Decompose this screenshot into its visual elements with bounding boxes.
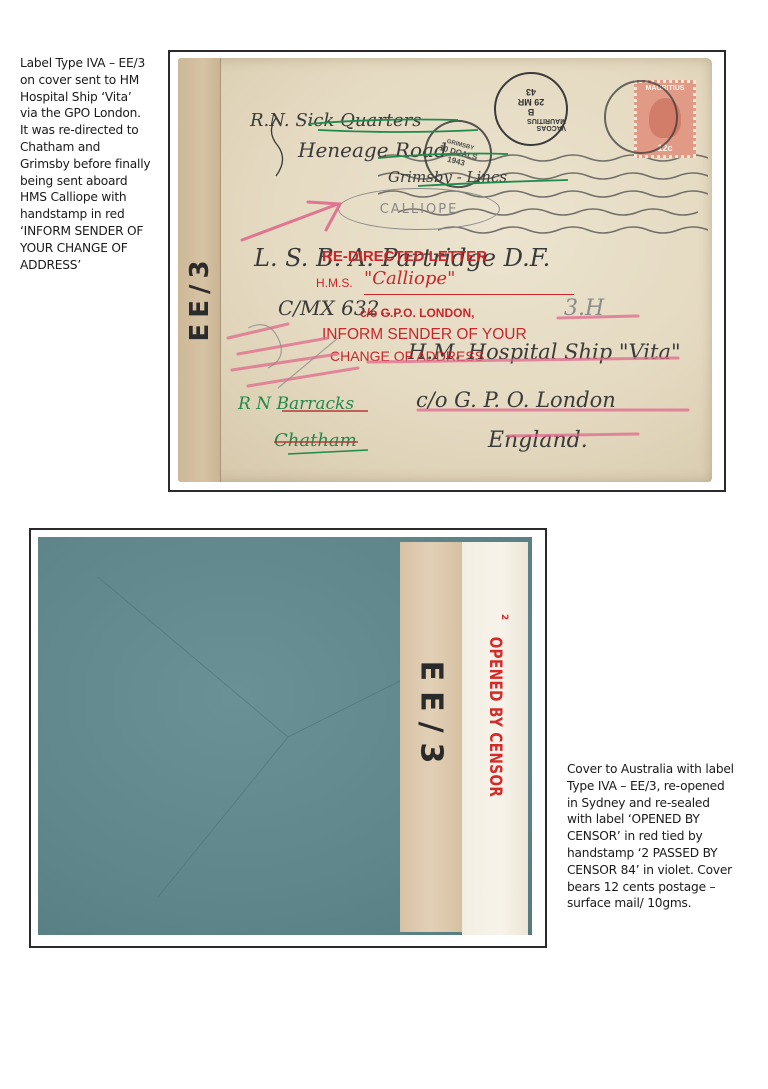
caption-line: Type IVA – EE/3, re-opened [567,778,767,795]
red-underline [364,294,574,295]
caption-line: ADDRESS’ [20,257,160,274]
green-chatham-strike [258,406,378,456]
caption-line: on cover sent to HM [20,72,160,89]
opened-by-censor-text: OPENED BY CENSOR [485,637,505,798]
postmark-on-stamp [604,80,678,154]
cover-1-envelope: EE/3 VACOAS MAURITIUS B 29 MR 43 GRIMSBY… [178,58,712,482]
caption-line: CENSOR’ in red tied by [567,828,767,845]
caption-line: bears 12 cents postage – [567,879,767,896]
censor-label-text: EE/3 [414,661,449,774]
censor-label-strip: EE/3 [178,58,221,482]
pink-arrow-icon [238,196,348,246]
caption-line: Cover to Australia with label [567,761,767,778]
caption-line: Hospital Ship ‘Vita’ [20,89,160,106]
caption-line: CENSOR 84’ in violet. Cover [567,862,767,879]
postmark-date: 29 MR [518,97,545,107]
caption-line: in Sydney and re-sealed [567,795,767,812]
reseal-number: 2 [499,614,509,620]
caption-line: YOUR CHANGE OF [20,240,160,257]
caption-line: via the GPO London. [20,105,160,122]
cover-2-frame: EE/3 2 OPENED BY CENSOR [29,528,547,948]
caption-cover-2: Cover to Australia with label Type IVA –… [567,761,767,912]
calliope-pencil-oval: CALLIOPE [338,188,500,230]
caption-line: handstamp ‘2 PASSED BY [567,845,767,862]
hms-label: H.M.S. [316,276,353,290]
caption-line: ‘INFORM SENDER OF [20,223,160,240]
ship-name-calliope: "Calliope" [364,268,455,289]
caption-line: with label ‘OPENED BY [567,811,767,828]
redirected-letter-stamp: RE-DIRECTED LETTER [322,248,487,265]
cover-1-frame: EE/3 VACOAS MAURITIUS B 29 MR 43 GRIMSBY… [168,50,726,492]
caption-line: It was re-directed to [20,122,160,139]
caption-line: Grimsby before finally [20,156,160,173]
caption-line: handstamp in red [20,206,160,223]
caption-line: HMS Calliope with [20,189,160,206]
caption-line: being sent aboard [20,173,160,190]
green-strike-lines [268,108,568,198]
caption-line: Chatham and [20,139,160,156]
caption-line: Label Type IVA – EE/3 [20,55,160,72]
censor-label-ee3: EE/3 [400,542,462,932]
cover-2-envelope: EE/3 2 OPENED BY CENSOR [38,537,532,935]
censor-label-text: EE/3 [185,254,215,341]
opened-by-censor-label: 2 OPENED BY CENSOR [462,542,528,935]
caption-line: surface mail/ 10gms. [567,895,767,912]
caption-cover-1: Label Type IVA – EE/3 on cover sent to H… [20,55,160,273]
calliope-pencil-text: CALLIOPE [380,202,459,217]
postmark-year: 43 [526,87,536,97]
